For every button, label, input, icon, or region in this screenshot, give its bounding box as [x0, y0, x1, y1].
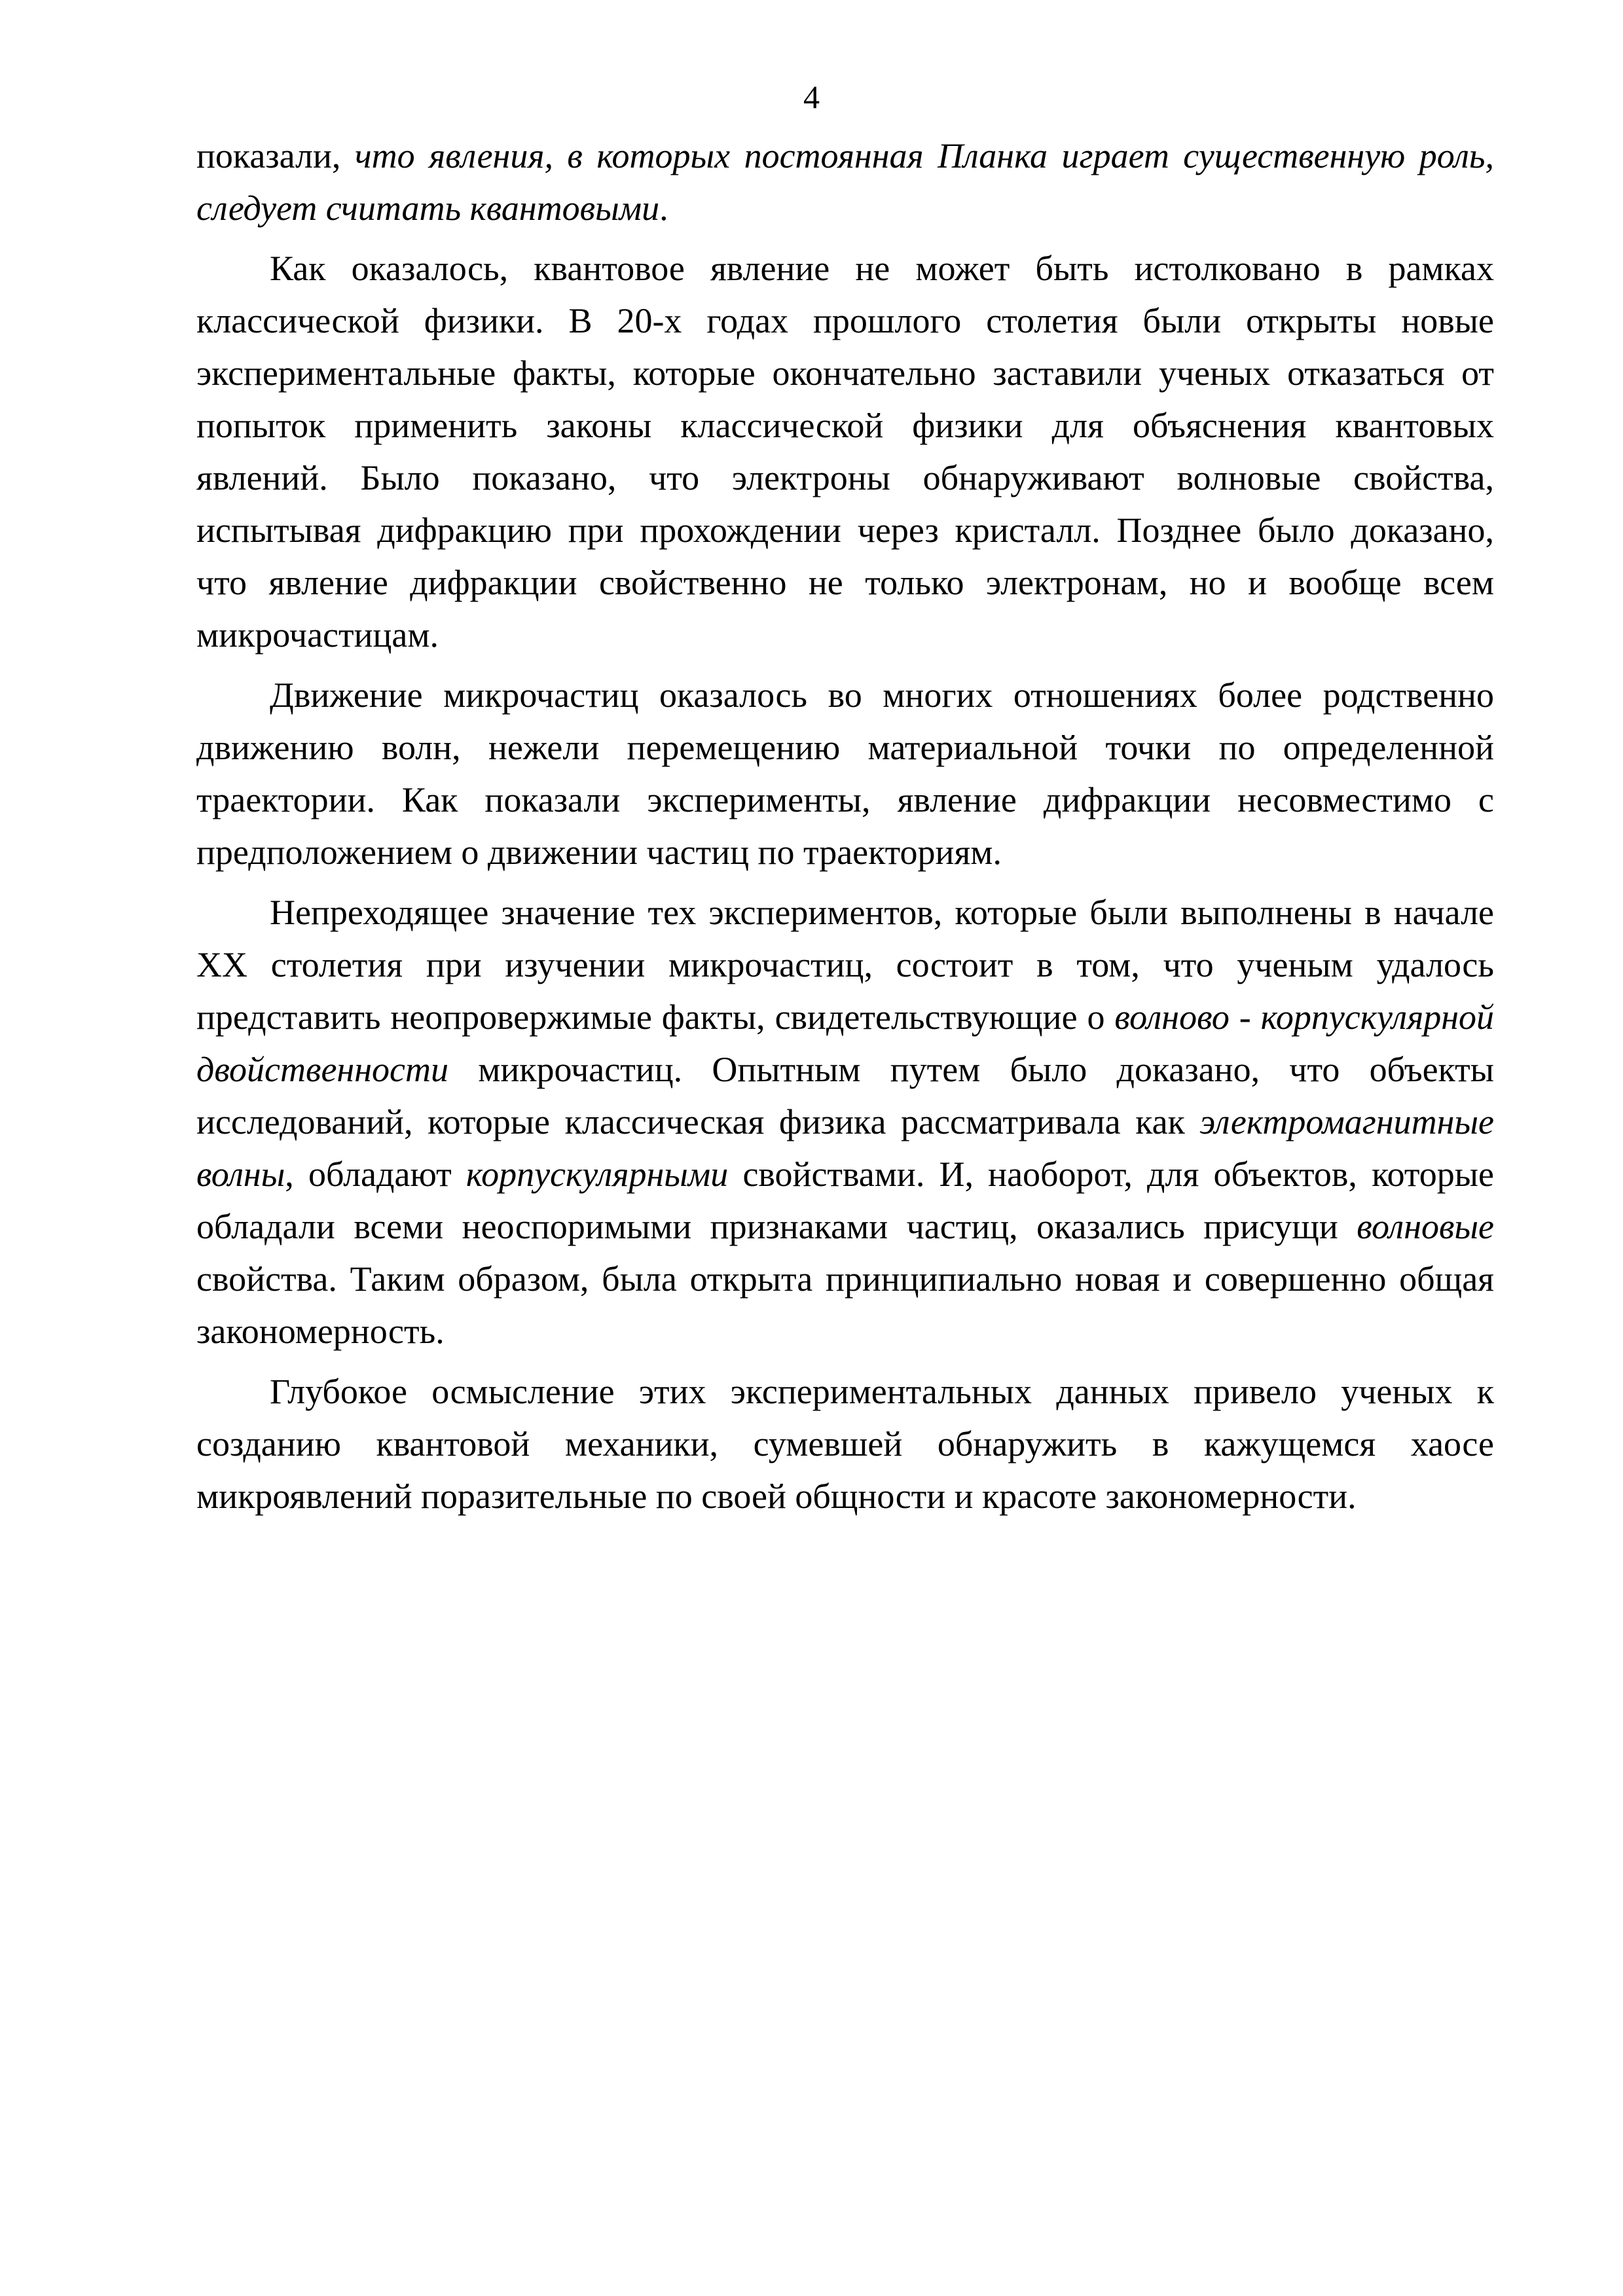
- paragraph-4: Непреходящее значение тех экспериментов,…: [196, 886, 1494, 1357]
- text-segment: Движение микрочастиц оказалось во многих…: [196, 675, 1494, 872]
- italic-emphasis: корпускулярными: [466, 1155, 728, 1194]
- text-segment: свойства. Таким образом, была открыта пр…: [196, 1259, 1494, 1351]
- text-segment: Как оказалось, квантовое явление не може…: [196, 249, 1494, 655]
- italic-emphasis: волновые: [1357, 1207, 1494, 1246]
- page-number: 4: [0, 77, 1623, 117]
- paragraph-1: показали, что явления, в которых постоян…: [196, 130, 1494, 234]
- paragraph-2: Как оказалось, квантовое явление не може…: [196, 242, 1494, 661]
- text-segment: показали,: [196, 136, 355, 175]
- italic-emphasis: что явления, в которых постоянная Планка…: [196, 136, 1494, 228]
- text-segment: , обладают: [285, 1155, 466, 1194]
- document-body: показали, что явления, в которых постоян…: [196, 130, 1494, 1522]
- paragraph-5: Глубокое осмысление этих экспериментальн…: [196, 1365, 1494, 1522]
- text-segment: Глубокое осмысление этих экспериментальн…: [196, 1372, 1494, 1516]
- text-segment: .: [659, 188, 668, 228]
- paragraph-3: Движение микрочастиц оказалось во многих…: [196, 669, 1494, 878]
